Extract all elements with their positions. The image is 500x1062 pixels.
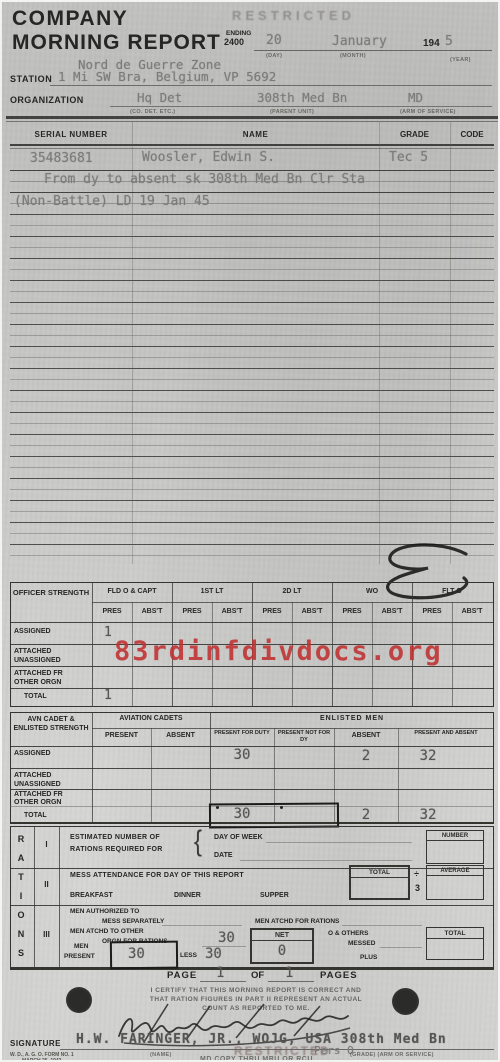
men-authorized-label: MEN AUTHORIZED TO [70, 908, 139, 915]
mess-attendance-label: MESS ATTENDANCE FOR DAY OF THIS REPORT [70, 872, 244, 879]
rule-line [10, 789, 494, 790]
name-label: (NAME) [150, 1052, 172, 1058]
enlisted-corner-label: AVN CADET & ENLISTED STRENGTH [12, 715, 90, 733]
page-title-line1: COMPANY [12, 7, 128, 31]
total2-box-label: TOTAL [427, 928, 483, 939]
divide-by: 3 [415, 883, 420, 893]
entries-col-serial: SERIAL NUMBER [10, 130, 132, 139]
officer-sub-pres: PRES [172, 608, 212, 615]
average-box: AVERAGE [426, 865, 484, 900]
officer-group-fldo: FLD O & CAPT [92, 588, 172, 595]
rule-line [10, 868, 494, 869]
enlisted-total-absent: 2 [334, 807, 398, 823]
rule-line [10, 170, 494, 171]
officer-sub-pres: PRES [252, 608, 292, 615]
pers-o-typed: Pers O [314, 1044, 354, 1057]
day-label: (DAY) [266, 53, 282, 59]
officer-group-2dlt: 2D LT [252, 588, 332, 595]
officer-row-attached-fr: ATTACHED FR OTHER ORGN [14, 669, 84, 687]
organization-label: ORGANIZATION [10, 95, 84, 105]
rations-i-line1: ESTIMATED NUMBER OF [70, 834, 160, 841]
officer-total-value: 1 [104, 688, 112, 703]
enlisted-col-present-not-for-dy: PRESENT NOT FOR DY [276, 730, 332, 744]
net-box-label: NET [252, 930, 312, 941]
enlisted-row-total: TOTAL [24, 812, 47, 819]
total-box-label: TOTAL [351, 867, 408, 878]
officer-row-attached-unassigned: ATTACHED UNASSIGNED [14, 647, 84, 665]
column-divider [398, 728, 399, 824]
total-box: TOTAL [349, 865, 410, 900]
blank-ruled-rows [10, 214, 494, 566]
morning-report-form: COMPANY MORNING REPORT RESTRICTED ENDING… [0, 0, 500, 1062]
net-value: 0 [252, 943, 312, 959]
column-divider [92, 582, 93, 707]
rule-line [342, 925, 422, 926]
officer-sub-abst: ABS'T [212, 608, 252, 615]
officer-row-assigned: ASSIGNED [14, 628, 51, 635]
rule-line [6, 121, 498, 122]
rule-line [380, 947, 422, 948]
copy-note: MD COPY THRU MRU OR RCU [200, 1056, 313, 1062]
page-title-line2: MORNING REPORT [12, 31, 221, 55]
less-value: 30 [205, 946, 222, 962]
date-day-value: 20 [266, 33, 282, 48]
officer-sub-abst: ABS'T [292, 608, 332, 615]
column-divider [379, 122, 380, 214]
officer-assigned-value: 1 [104, 625, 112, 640]
org-arm-value: MD [408, 90, 423, 105]
men-atchd-other-label: MEN ATCHD TO OTHER [70, 928, 144, 935]
messed-label: MESSED [348, 940, 375, 947]
officer-group-1stlt: 1ST LT [172, 588, 252, 595]
enlisted-group-aviation: AVIATION CADETS [92, 715, 210, 722]
rations-roman-ii: II [34, 880, 59, 889]
ending-label: ENDING [226, 30, 251, 37]
rations-i-line2: RATIONS REQUIRED FOR [70, 846, 163, 853]
rule-line [10, 905, 494, 906]
enlisted-col-present-for-duty: PRESENT FOR DUTY [212, 730, 272, 737]
enlisted-row-assigned: ASSIGNED [14, 750, 51, 757]
ending-time: 2400 [224, 37, 244, 47]
day-of-week-label: DAY OF WEEK [214, 834, 263, 841]
column-divider [379, 214, 380, 564]
rule-line [10, 192, 494, 193]
enlisted-assigned-pa: 32 [398, 748, 458, 764]
rations-roman-iii: III [34, 930, 59, 939]
station-rule [50, 85, 492, 86]
rule-line [92, 728, 494, 729]
rule-line [240, 860, 412, 861]
rule-line [162, 925, 242, 926]
pages-label: PAGES [320, 970, 358, 981]
watermark: 83rdinfdivdocs.org [114, 636, 443, 667]
officer-group-flto: FLT O [412, 588, 492, 595]
officer-sub-pres: PRES [92, 608, 132, 615]
rule-line [10, 148, 494, 149]
rule-line [10, 746, 494, 747]
column-divider [92, 712, 93, 824]
pen-dot [280, 806, 283, 809]
signature-label: SIGNATURE [10, 1039, 61, 1048]
of-label: OF [251, 970, 264, 981]
station-value: 1 Mi SW Bra, Belgium, VP 5692 [58, 69, 276, 84]
officer-corner-label: OFFICER STRENGTH [12, 588, 90, 597]
enlisted-col-absent: ABSENT [151, 732, 210, 739]
number-box-label: NUMBER [427, 831, 483, 841]
date-year-value: 5 [445, 34, 453, 49]
cert-line-1: I CERTIFY THAT THIS MORNING REPORT IS CO… [122, 986, 390, 995]
o-and-others-label: O & OTHERS [328, 930, 368, 937]
entry-name: Woosler, Edwin S. [142, 150, 275, 165]
grade-arm-label: (GRADE) (ARM OR SERVICE) [350, 1052, 434, 1058]
enlisted-total-pa: 32 [398, 807, 458, 823]
page-value: 1 [216, 965, 224, 981]
officer-sub-abst: ABS'T [372, 608, 412, 615]
men-atchd-rations-label: MEN ATCHD FOR RATIONS [255, 918, 339, 925]
divide-sign: ÷ [414, 869, 419, 879]
entry-remark-2: (Non-Battle) LD 19 Jan 45 [14, 194, 210, 209]
column-divider [450, 122, 451, 214]
date-label: DATE [214, 852, 233, 859]
date-rule [254, 50, 492, 51]
enlisted-row-attached-fr: ATTACHED FR OTHER ORGN [14, 791, 84, 807]
page-label: PAGE [167, 970, 197, 981]
pen-dot [216, 806, 219, 809]
form-date: MARCH 25, 1943 [22, 1058, 61, 1062]
punch-hole-left [66, 987, 92, 1013]
entry-grade: Tec 5 [389, 150, 428, 165]
column-divider [59, 826, 60, 970]
org-parent-value: 308th Med Bn [257, 90, 347, 105]
entries-col-name: NAME [132, 130, 379, 139]
supper-label: SUPPER [260, 892, 289, 899]
breakfast-label: BREAKFAST [70, 892, 113, 899]
enlisted-group-enlisted: ENLISTED MEN [210, 715, 494, 722]
enlisted-assigned-absent: 2 [334, 748, 398, 764]
rule-line [200, 981, 246, 982]
enlisted-col-present: PRESENT [92, 732, 151, 739]
rations-roman-i: I [34, 840, 59, 849]
station-label: STATION [10, 74, 52, 84]
average-box-label: AVERAGE [427, 866, 483, 876]
month-label: (MONTH) [340, 53, 366, 59]
enlisted-assigned-pfd: 30 [212, 747, 272, 763]
entry-remark-1: From dy to absent sk 308th Med Bn Clr St… [44, 172, 365, 187]
total2-box: TOTAL [426, 927, 484, 960]
dinner-label: DINNER [174, 892, 201, 899]
officer-sub-abst: ABS'T [132, 608, 172, 615]
mess-separately-label: MESS SEPARATELY [102, 918, 164, 925]
orgn-for-rations-value: 30 [218, 930, 235, 946]
organization-rule [110, 106, 492, 107]
net-box: NET 0 [250, 928, 314, 964]
org-unit-label: (CO. DET. ETC.) [130, 109, 175, 115]
entries-col-code: CODE [450, 130, 494, 139]
entries-col-grade: GRADE [379, 130, 450, 139]
column-divider [450, 214, 451, 564]
column-divider [151, 728, 152, 824]
punch-hole-right [392, 988, 419, 1015]
enlisted-col-present-and-absent: PRESENT AND ABSENT [410, 730, 482, 737]
enlisted-row-attached-unassigned: ATTACHED UNASSIGNED [14, 771, 84, 789]
officer-group-wo: WO [332, 588, 412, 595]
men-present-value: 30 [128, 946, 145, 962]
column-divider [132, 214, 133, 564]
number-box: NUMBER [426, 830, 484, 864]
rule-line [10, 144, 494, 146]
org-parent-label: (PARENT UNIT) [270, 109, 314, 115]
entry-serial: 35483681 [30, 151, 93, 166]
year-printed: 194 [423, 38, 440, 49]
rations-vertical-label: RATIONS [16, 834, 26, 966]
rule-line [10, 768, 494, 769]
column-divider [452, 602, 453, 707]
officer-sub-pres: PRES [412, 608, 452, 615]
restricted-stamp-top: RESTRICTED [232, 8, 355, 23]
pages-value: 1 [285, 965, 293, 981]
officer-sub-pres: PRES [332, 608, 372, 615]
rule-line [268, 981, 314, 982]
org-arm-label: (ARM OF SERVICE) [400, 109, 456, 115]
officer-row-total: TOTAL [24, 693, 47, 700]
less-label: LESS [180, 952, 197, 959]
officer-sub-abst: ABS'T [452, 608, 492, 615]
year-label: (YEAR) [450, 57, 471, 63]
plus-label: PLUS [360, 954, 377, 961]
org-unit-value: Hq Det [137, 90, 182, 105]
rule-line [92, 602, 494, 603]
present-label: PRESENT [64, 953, 95, 960]
hand-drawn-box [209, 803, 339, 829]
enlisted-col-absent2: ABSENT [334, 732, 398, 739]
brace-glyph: { [194, 825, 202, 859]
rule-line [266, 842, 412, 843]
date-month-value: January [332, 34, 387, 49]
rule-line [6, 116, 498, 119]
men-label: MEN [74, 943, 88, 950]
